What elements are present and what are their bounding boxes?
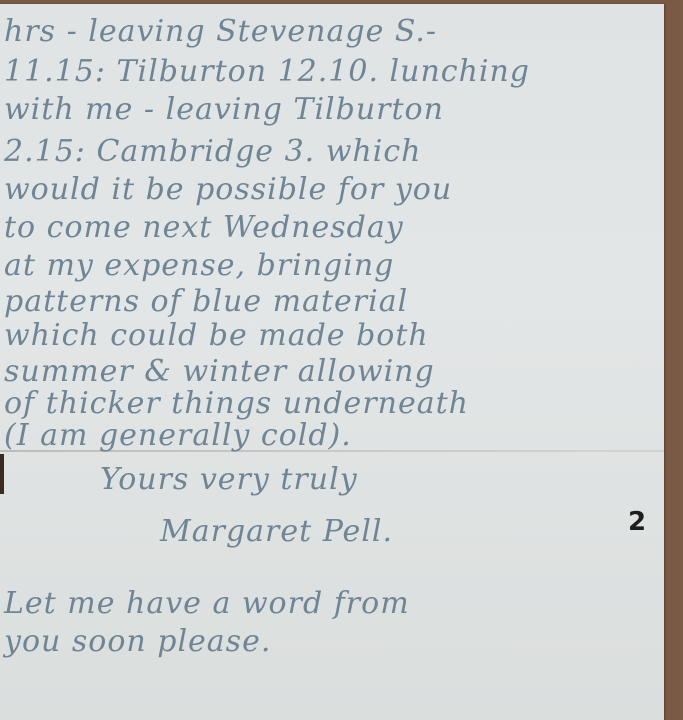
- page-number: 2: [628, 507, 646, 537]
- letter-line-4: 2.15: Cambridge 3. which: [4, 134, 421, 169]
- letter-line-12: (I am generally cold).: [4, 418, 352, 453]
- postscript-line-2: you soon please.: [4, 624, 271, 659]
- letter-line-3: with me - leaving Tilburton: [4, 92, 444, 127]
- letter-line-1: hrs - leaving Stevenage S.-: [4, 14, 437, 49]
- letter-line-10: summer & winter allowing: [4, 354, 435, 389]
- signature: Margaret Pell.: [160, 514, 393, 549]
- closing: Yours very truly: [100, 462, 358, 497]
- letter-line-9: which could be made both: [4, 318, 429, 353]
- letter-page: hrs - leaving Stevenage S.- 11.15: Tilbu…: [0, 4, 664, 720]
- letter-line-6: to come next Wednesday: [4, 210, 404, 245]
- letter-line-5: would it be possible for you: [4, 172, 452, 207]
- torn-edge: [0, 454, 4, 494]
- letter-line-7: at my expense, bringing: [4, 248, 394, 283]
- postscript-line-1: Let me have a word from: [4, 586, 410, 621]
- letter-line-11: of thicker things underneath: [4, 386, 469, 421]
- letter-line-2: 11.15: Tilburton 12.10. lunching: [4, 54, 530, 89]
- letter-line-8: patterns of blue material: [4, 284, 408, 319]
